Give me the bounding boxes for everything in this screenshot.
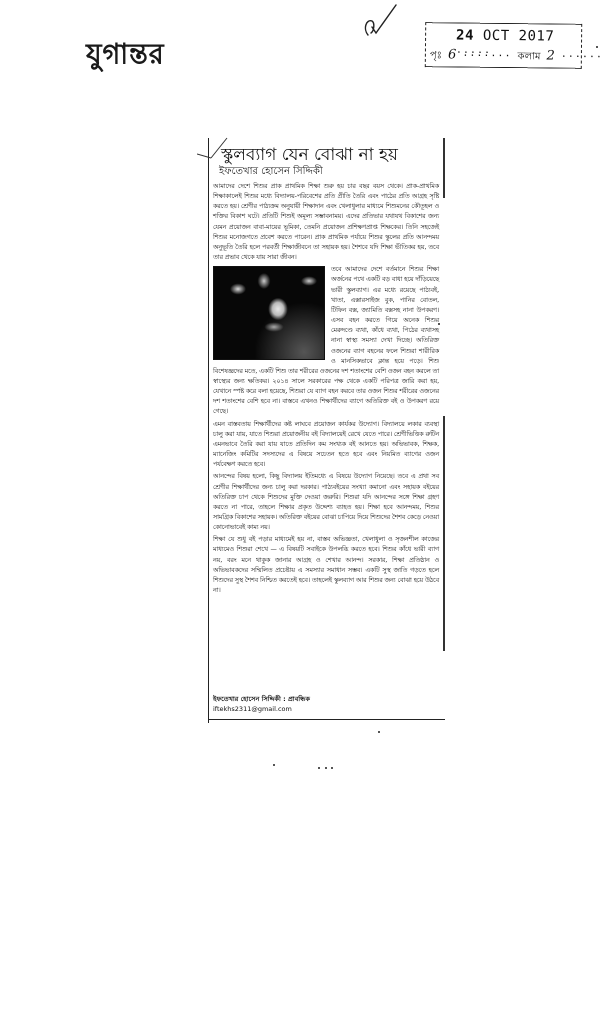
stamp-month-year: OCT 2017 [474,28,555,45]
scanned-newspaper-page: যুগান্তর 24 OCT 2017 পৃঃ 6 ······· কলাম … [0,0,605,1024]
author-signature: ইফতেখার হোসেন সিদ্দিকী : প্রাবন্ধিক [213,694,310,704]
clip-edge [443,138,445,198]
scan-speck [378,731,380,733]
article-photo [213,266,325,360]
scan-speck [596,46,598,48]
scan-speck [438,323,440,325]
author-email: iftekhs2311@gmail.com [213,704,310,714]
handwritten-check-mark-icon [360,3,400,41]
scan-speck [273,764,275,766]
scan-speck [331,767,333,769]
article-paragraph: আমাদের দেশে শিশুর প্রাক প্রাথমিক শিক্ষা … [213,182,439,263]
stamp-column-value: 2 [546,48,554,63]
stamp-page-column: পৃঃ 6 ······· কলাম 2 ······· [430,47,605,67]
scan-speck [325,767,327,769]
stamp-column-label: কলাম [517,51,540,62]
article-paragraph: আনন্দের বিষয় হলো, কিছু বিদ্যালয় ইতিমধ্… [213,472,439,533]
stamp-page-value: 6 [448,47,456,62]
article-paragraph: এমন বাস্তবতায় শিক্ষার্থীদের কষ্ট লাঘবে … [213,420,439,471]
scan-speck [318,767,320,769]
article-byline: ইফতেখার হোসেন সিদ্দিকী [219,164,323,181]
article-body: আমাদের দেশে শিশুর প্রাক প্রাথমিক শিক্ষা … [213,182,439,597]
newspaper-masthead: যুগান্তর [86,33,165,80]
date-stamp: 24 OCT 2017 পৃঃ 6 ······· কলাম 2 ······· [425,22,582,69]
clip-edge [443,416,445,651]
article-paragraph: শিক্ষা যে শুধু বই পড়ার মাধ্যমেই হয় না,… [213,535,439,596]
stamp-day: 24 [456,28,474,44]
article-clipping: স্কুলব্যাগ যেন বোঝা না হয় ইফতেখার হোসেন… [208,138,439,723]
stamp-page-label: পৃঃ [430,50,442,61]
stamp-dots: ······· [561,52,605,64]
stamp-dots: ······· [462,51,511,63]
clip-bottom-rule [209,719,445,720]
author-footer: ইফতেখার হোসেন সিদ্দিকী : প্রাবন্ধিক ifte… [213,694,310,714]
